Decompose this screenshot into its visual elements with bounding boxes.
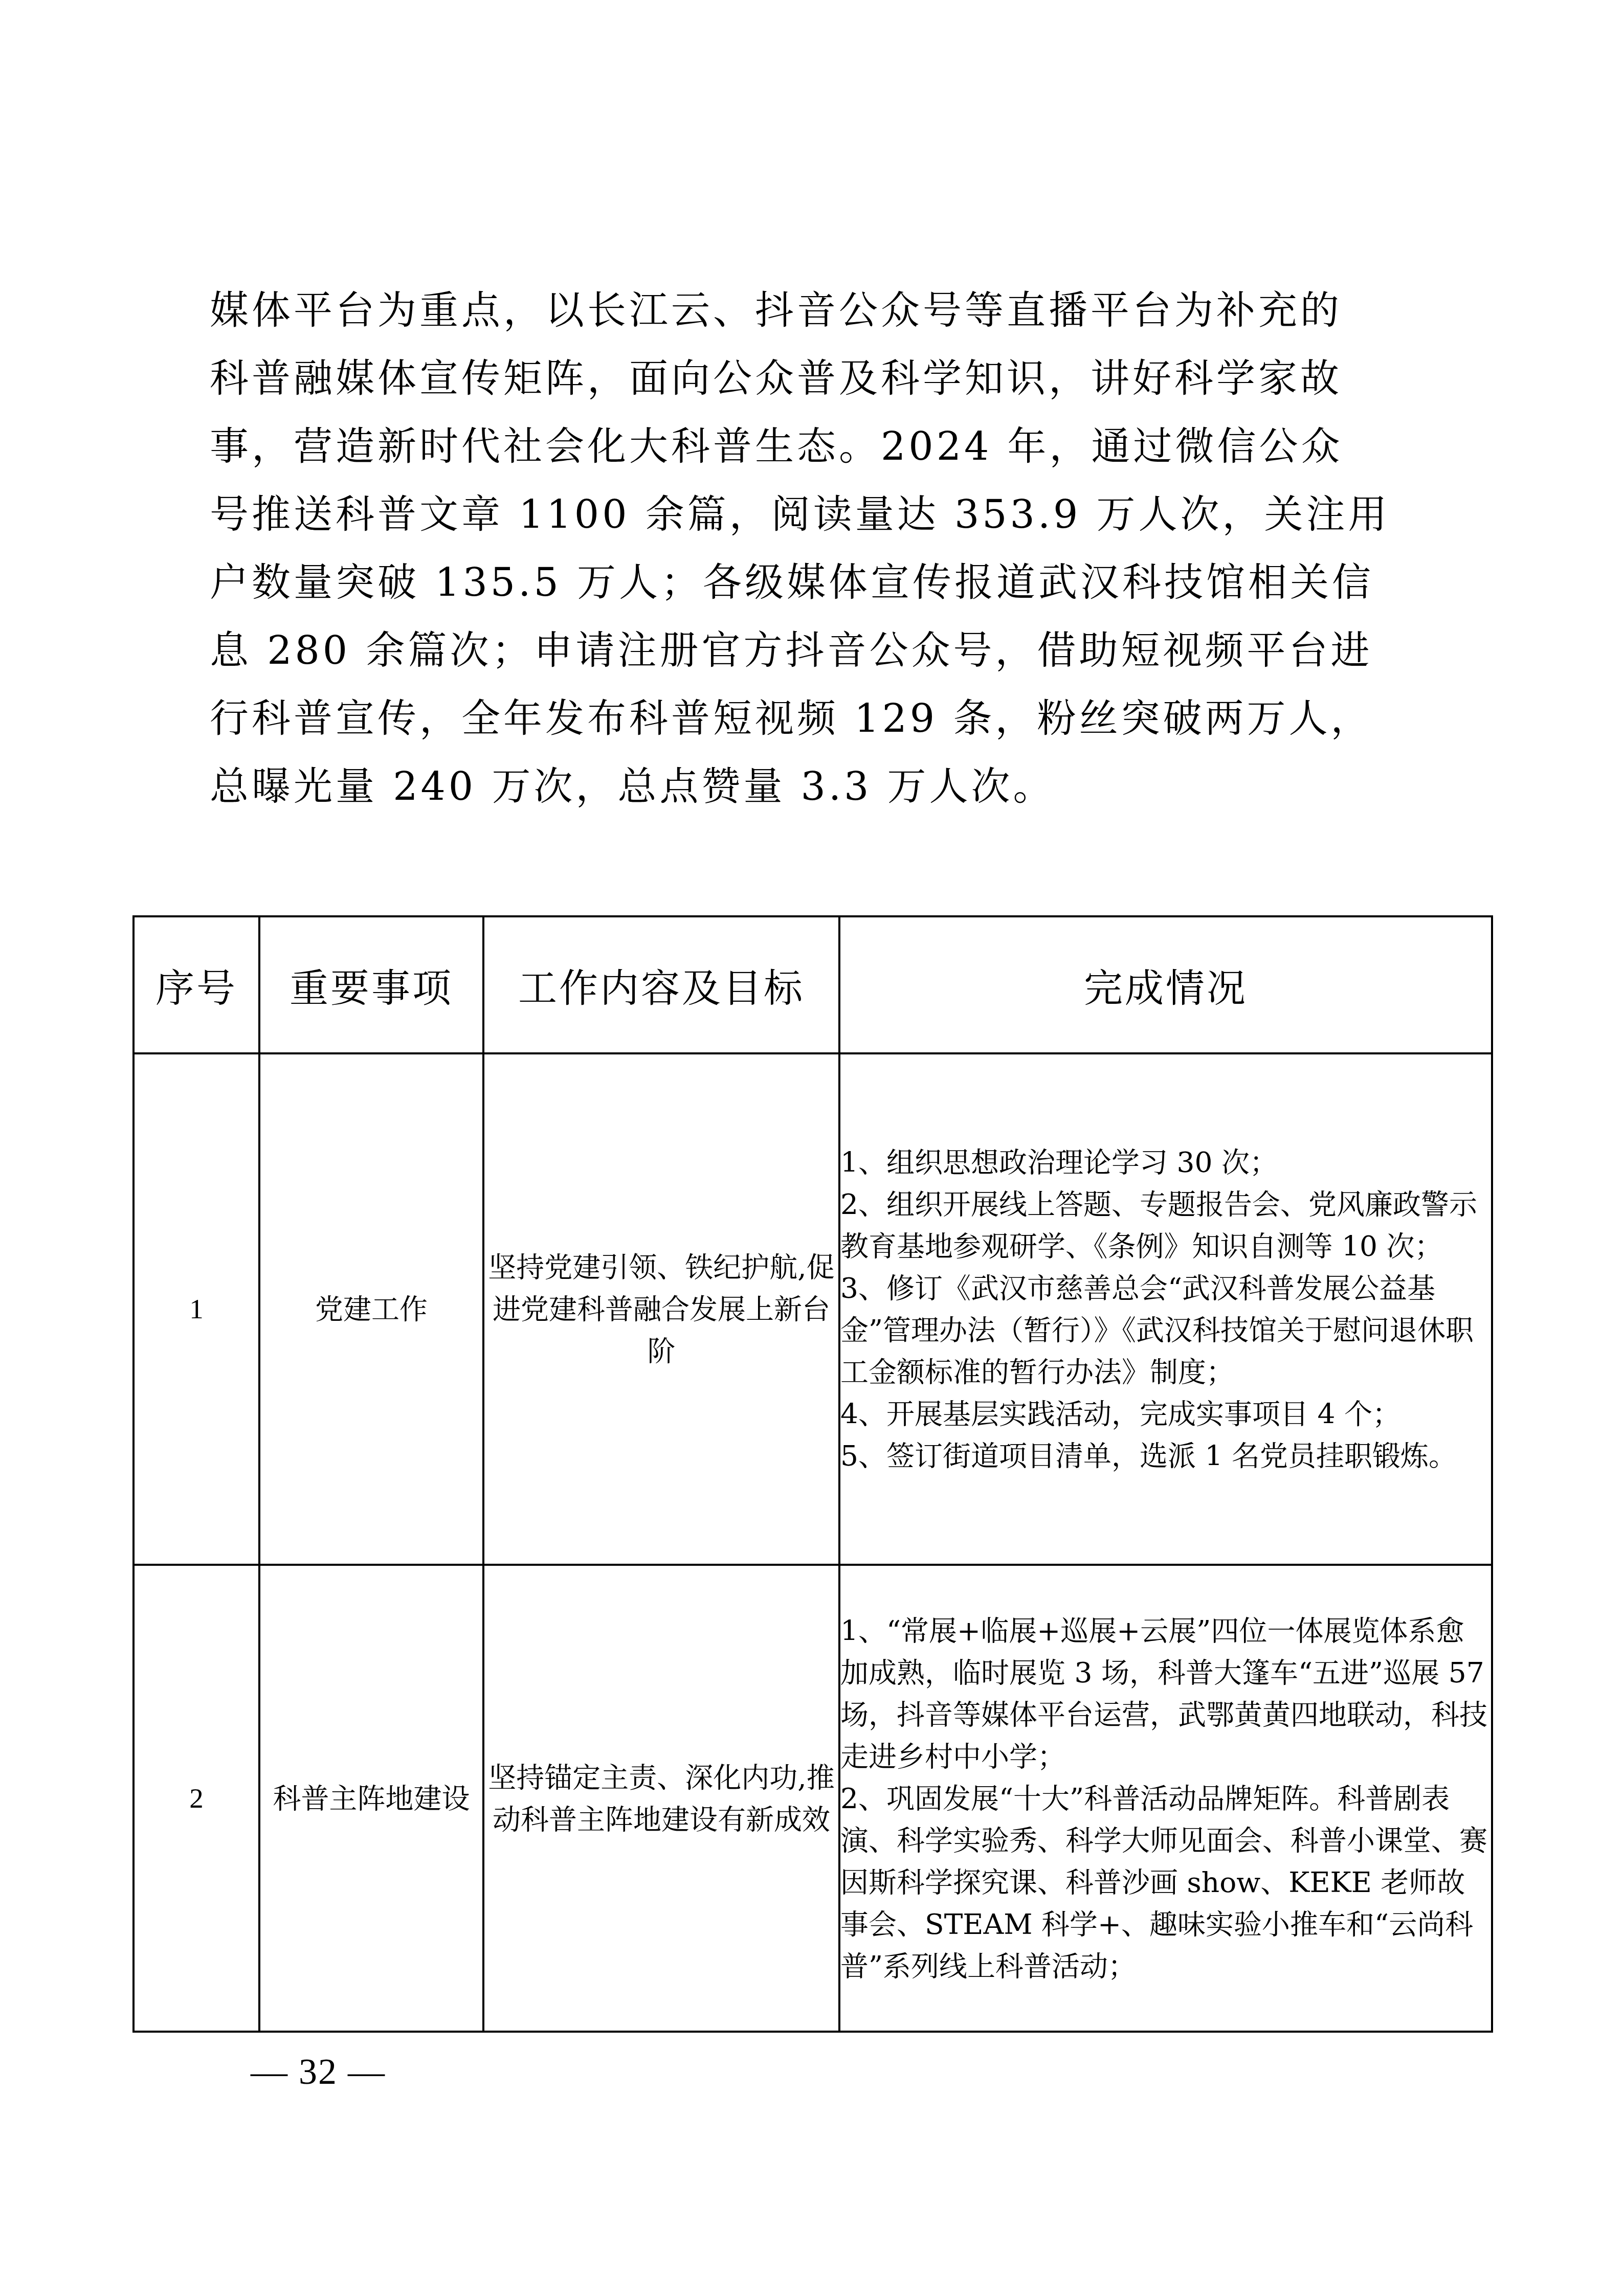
- paragraph-line: 户数量突破 135.5 万人；各级媒体宣传报道武汉科技馆相关信: [210, 548, 1427, 616]
- row-completion: 1、“常展+临展+巡展+云展”四位一体展览体系愈加成熟，临时展览 3 场，科普大…: [839, 1565, 1492, 2032]
- row-completion: 1、组织思想政治理论学习 30 次； 2、组织开展线上答题、专题报告会、党风廉政…: [839, 1053, 1492, 1565]
- work-summary-table: 序号 重要事项 工作内容及目标 完成情况 1 党建工作 坚持党建引领、铁纪护航,…: [132, 915, 1493, 2033]
- completion-item: 1、“常展+临展+巡展+云展”四位一体展览体系愈加成熟，临时展览 3 场，科普大…: [840, 1610, 1491, 1777]
- completion-item: 5、签订街道项目清单，选派 1 名党员挂职锻炼。: [840, 1435, 1491, 1477]
- paragraph-line: 科普融媒体宣传矩阵，面向公众普及科学知识，讲好科学家故: [210, 344, 1427, 412]
- table-row: 2 科普主阵地建设 坚持锚定主责、深化内功,推动科普主阵地建设有新成效 1、“常…: [134, 1565, 1492, 2032]
- header-goal: 工作内容及目标: [483, 916, 839, 1053]
- paragraph-line: 息 280 余篇次；申请注册官方抖音公众号，借助短视频平台进: [210, 616, 1427, 684]
- header-item: 重要事项: [259, 916, 483, 1053]
- row-number: 1: [134, 1053, 259, 1565]
- row-goal: 坚持锚定主责、深化内功,推动科普主阵地建设有新成效: [483, 1565, 839, 2032]
- paragraph-line: 事，营造新时代社会化大科普生态。2024 年，通过微信公众: [210, 412, 1427, 480]
- row-item: 科普主阵地建设: [259, 1565, 483, 2032]
- completion-item: 2、组织开展线上答题、专题报告会、党风廉政警示教育基地参观研学、《条例》知识自测…: [840, 1183, 1491, 1267]
- paragraph-line: 号推送科普文章 1100 余篇，阅读量达 353.9 万人次，关注用: [210, 480, 1427, 548]
- table-row: 1 党建工作 坚持党建引领、铁纪护航,促进党建科普融合发展上新台阶 1、组织思想…: [134, 1053, 1492, 1565]
- paragraph-line: 行科普宣传，全年发布科普短视频 129 条，粉丝突破两万人，: [210, 684, 1427, 752]
- body-paragraph: 媒体平台为重点，以长江云、抖音公众号等直播平台为补充的 科普融媒体宣传矩阵，面向…: [210, 276, 1427, 820]
- completion-item: 2、巩固发展“十大”科普活动品牌矩阵。科普剧表演、科学实验秀、科学大师见面会、科…: [840, 1777, 1491, 1987]
- header-completion: 完成情况: [839, 916, 1492, 1053]
- completion-item: 3、修订《武汉市慈善总会“武汉科普发展公益基金”管理办法（暂行）》《武汉科技馆关…: [840, 1267, 1491, 1393]
- paragraph-line: 总曝光量 240 万次，总点赞量 3.3 万人次。: [210, 752, 1427, 820]
- row-number: 2: [134, 1565, 259, 2032]
- completion-item: 1、组织思想政治理论学习 30 次；: [840, 1141, 1491, 1183]
- paragraph-line: 媒体平台为重点，以长江云、抖音公众号等直播平台为补充的: [210, 276, 1427, 344]
- header-number: 序号: [134, 916, 259, 1053]
- completion-item: 4、开展基层实践活动，完成实事项目 4 个；: [840, 1393, 1491, 1435]
- row-goal: 坚持党建引领、铁纪护航,促进党建科普融合发展上新台阶: [483, 1053, 839, 1565]
- table-header-row: 序号 重要事项 工作内容及目标 完成情况: [134, 916, 1492, 1053]
- page-number: — 32 —: [251, 2051, 386, 2093]
- row-item: 党建工作: [259, 1053, 483, 1565]
